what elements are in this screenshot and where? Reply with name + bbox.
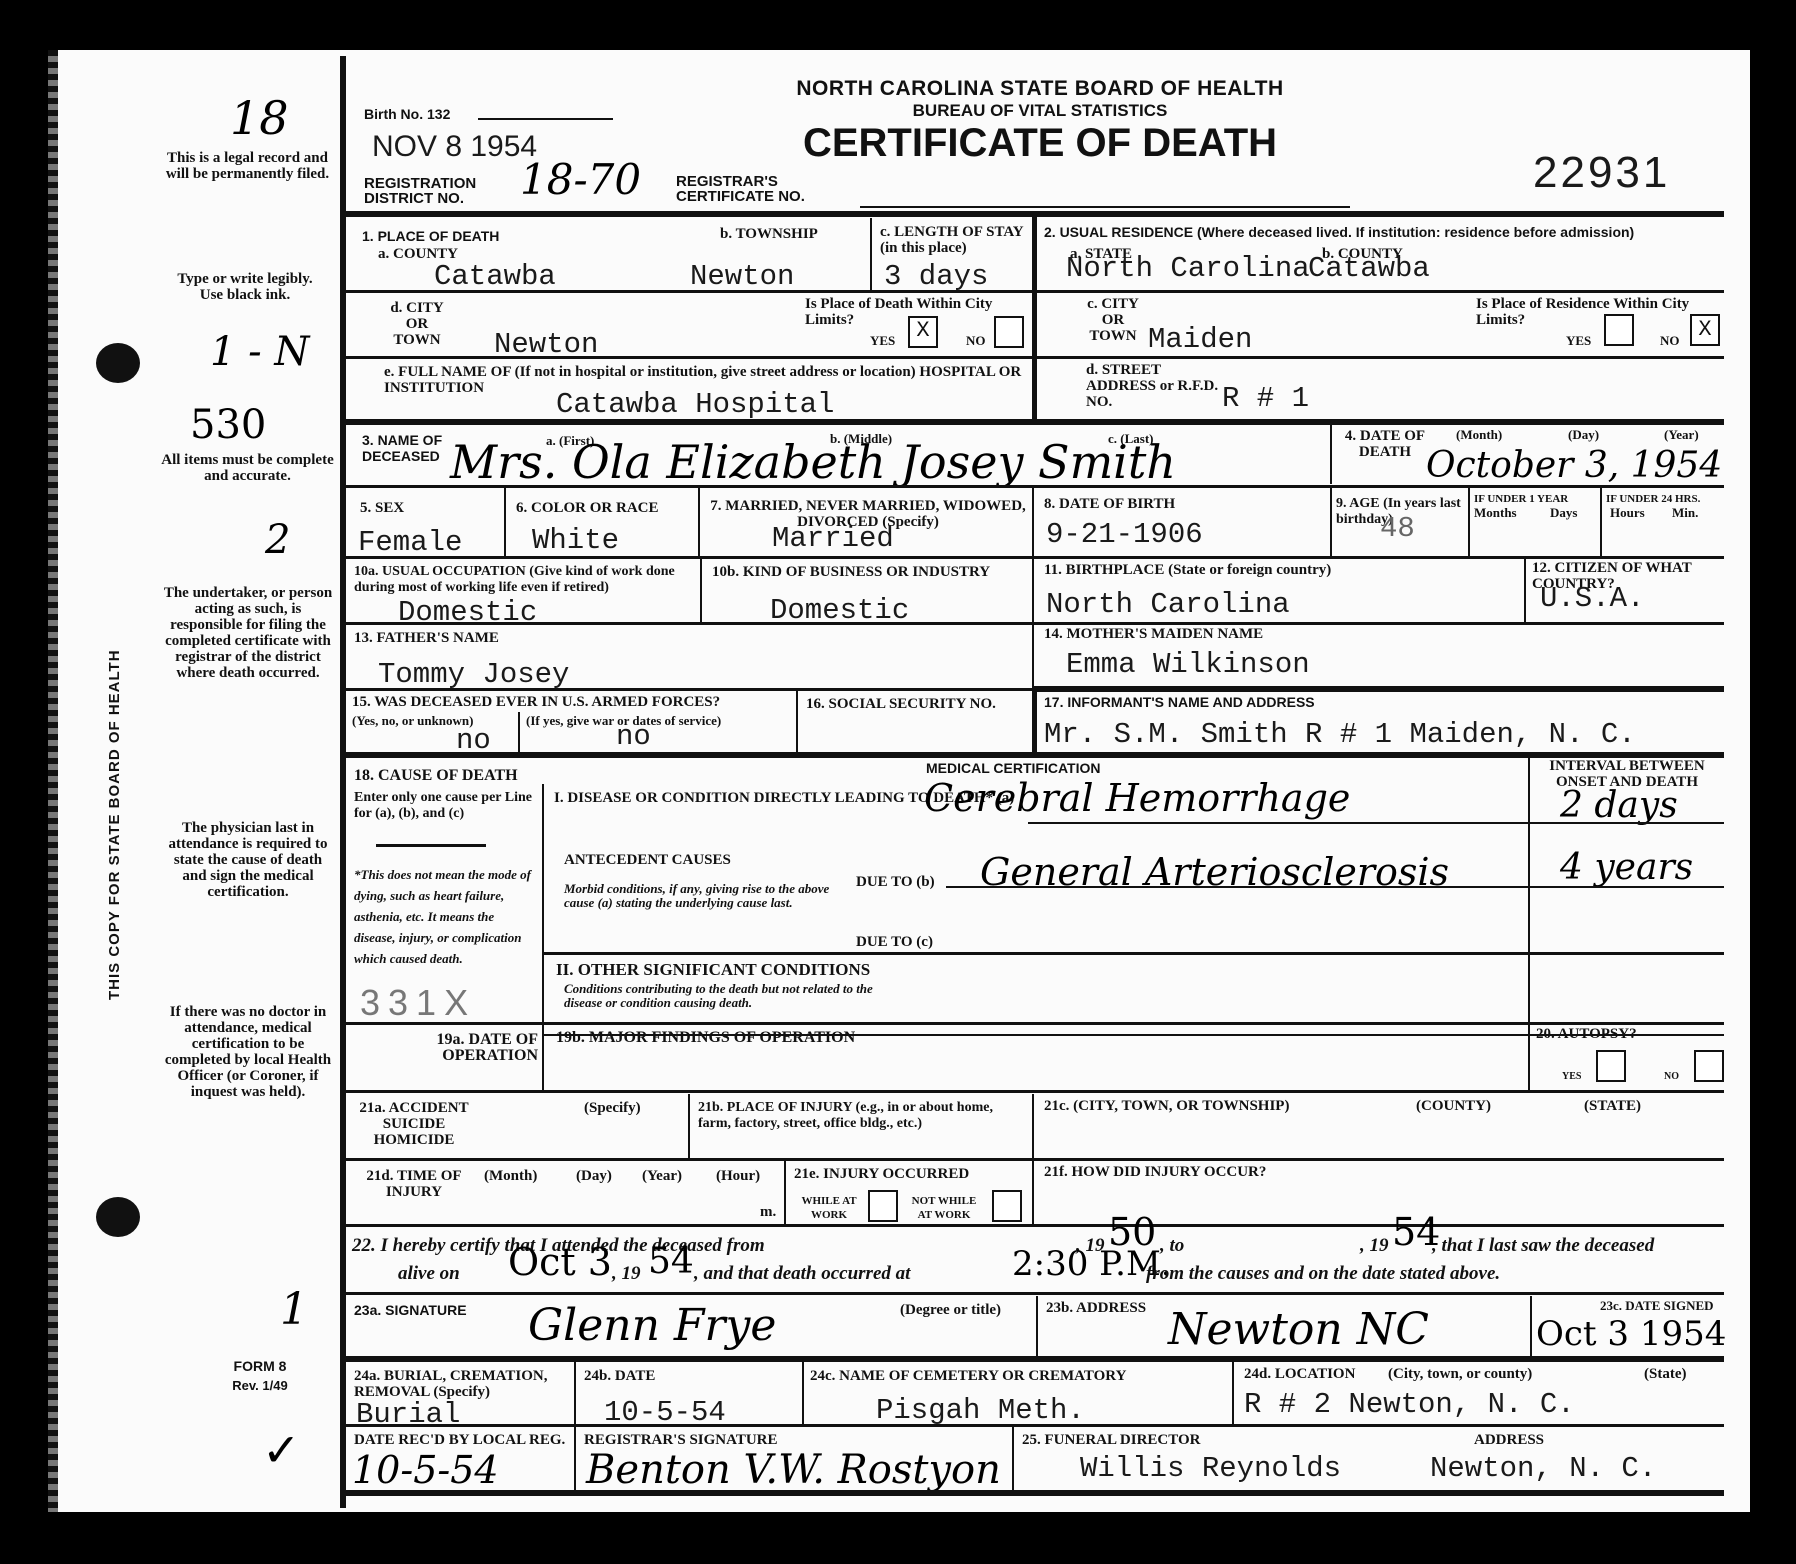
- no-doctor-note: If there was no doctor in attendance, me…: [162, 1004, 334, 1100]
- divider: [504, 488, 506, 558]
- divider: [346, 1424, 1724, 1427]
- yes-label: YES: [870, 334, 895, 348]
- divider: [1530, 1296, 1532, 1356]
- occupation-label: 10a. USUAL OCCUPATION (Give kind of work…: [354, 564, 700, 596]
- injury-type-label: 21a. ACCIDENT SUICIDE HOMICIDE: [354, 1100, 474, 1148]
- residence-within-city-label: Is Place of Residence Within City Limits…: [1476, 296, 1726, 328]
- registrar-signature-label: REGISTRAR'S SIGNATURE: [584, 1432, 778, 1448]
- divider: [1028, 822, 1724, 824]
- marital-status-value: Married: [772, 524, 894, 554]
- funeral-director-label: 25. FUNERAL DIRECTOR: [1022, 1432, 1201, 1448]
- armed-forces-label: 15. WAS DECEASED EVER IN U.S. ARMED FORC…: [352, 694, 720, 710]
- residence-street-value: R # 1: [1222, 384, 1309, 414]
- time-of-injury-label: 21d. TIME OF INJURY: [354, 1168, 474, 1200]
- form-revision: Rev. 1/49: [200, 1378, 320, 1394]
- divider: [346, 1090, 1724, 1093]
- cause-instructions: Enter only one cause per Line for (a), (…: [354, 790, 538, 822]
- punch-hole-icon: [96, 1197, 140, 1237]
- sex-label: 5. SEX: [360, 500, 404, 516]
- certify-text-4: from the causes and on the date stated a…: [1146, 1266, 1500, 1282]
- section-rule: [1034, 686, 1724, 692]
- injury-hour-label: (Hour): [716, 1168, 760, 1184]
- residence-county-value: Catawba: [1308, 254, 1430, 284]
- death-township-value: Newton: [690, 262, 794, 292]
- within-city-no-checkbox[interactable]: [994, 316, 1024, 348]
- mother-name-value: Emma Wilkinson: [1066, 650, 1310, 680]
- medical-certification-label: MEDICAL CERTIFICATION: [926, 760, 1100, 776]
- hours-label: Hours: [1610, 506, 1645, 520]
- place-of-injury-label: 21b. PLACE OF INJURY (e.g., in or about …: [698, 1100, 1028, 1132]
- under-24-hours-label: IF UNDER 24 HRS.: [1606, 492, 1700, 506]
- registration-district-number: 18-70: [520, 160, 641, 200]
- physician-signature: Glenn Frye: [528, 1306, 776, 1346]
- birth-number-line: [478, 118, 613, 120]
- race-value: White: [532, 526, 619, 556]
- registrar-signature: Benton V.W. Rostyon: [586, 1450, 1001, 1490]
- informant-value: Mr. S.M. Smith R # 1 Maiden, N. C.: [1044, 720, 1636, 750]
- section-rule: [346, 1356, 1724, 1362]
- divider: [346, 356, 1032, 359]
- death-county-value: Catawba: [434, 262, 556, 292]
- form-number: FORM 8: [200, 1358, 320, 1374]
- divider: [870, 218, 872, 290]
- divider: [542, 784, 544, 1034]
- date-of-birth-label: 8. DATE OF BIRTH: [1044, 496, 1175, 512]
- certify-text-2: , that I last saw the deceased: [1432, 1238, 1654, 1254]
- city-label: c. CITY OR TOWN: [1078, 296, 1148, 344]
- cemetery-value: Pisgah Meth.: [876, 1396, 1085, 1426]
- antecedent-instructions: Morbid conditions, if any, giving rise t…: [564, 882, 854, 910]
- city-label: d. CITY OR TOWN: [382, 300, 452, 348]
- length-of-stay-value: 3 days: [884, 262, 988, 292]
- divider: [346, 290, 1032, 293]
- deceased-name-value: Mrs. Ola Elizabeth Josey Smith: [450, 442, 1176, 482]
- to-year-prefix: , 19: [1360, 1238, 1389, 1254]
- months-label: Months: [1474, 506, 1517, 520]
- received-stamp-date: NOV 8 1954: [372, 132, 537, 162]
- divider: [346, 556, 1724, 559]
- date-received-label: DATE REC'D BY LOCAL REG.: [354, 1432, 565, 1448]
- margin-handwritten-530: 530: [190, 405, 266, 445]
- physician-address: Newton NC: [1168, 1310, 1429, 1350]
- not-while-at-work-checkbox[interactable]: [992, 1190, 1022, 1222]
- birth-number: Birth No. 132: [364, 106, 450, 122]
- location-label: 24d. LOCATION: [1244, 1366, 1355, 1382]
- injury-year-label: (Year): [642, 1168, 682, 1184]
- day-label: (Day): [1568, 428, 1599, 442]
- divider: [346, 622, 1724, 625]
- complete-accurate-note: All items must be complete and accurate.: [160, 452, 335, 484]
- cause-a-value: Cerebral Hemorrhage: [924, 778, 1350, 818]
- date-signed-label: 23c. DATE SIGNED: [1600, 1298, 1714, 1314]
- divider: [1600, 488, 1602, 558]
- margin-handwritten-2: 2: [265, 520, 290, 560]
- undertaker-note: The undertaker, or person acting as such…: [162, 585, 334, 681]
- divider: [1032, 690, 1037, 754]
- divider: [346, 1158, 1724, 1161]
- divider: [1034, 290, 1724, 293]
- specify-label: (Specify): [584, 1100, 641, 1116]
- burial-location-value: R # 2 Newton, N. C.: [1244, 1390, 1575, 1420]
- date-of-death-value: October 3, 1954: [1426, 446, 1722, 486]
- social-security-label: 16. SOCIAL SECURITY NO.: [806, 696, 996, 712]
- injury-city-label: 21c. (CITY, TOWN, OR TOWNSHIP): [1044, 1098, 1289, 1114]
- location-state-label: (State): [1644, 1366, 1686, 1382]
- address-label: 23b. ADDRESS: [1046, 1300, 1146, 1316]
- funeral-address-label: ADDRESS: [1474, 1432, 1544, 1448]
- meridiem-label: m.: [760, 1204, 776, 1220]
- last-seen-year: 54: [648, 1242, 694, 1282]
- registration-district-label: REGISTRATION DISTRICT NO.: [364, 176, 524, 206]
- check-mark-icon: ✓: [262, 1430, 301, 1470]
- divider: [698, 488, 700, 558]
- birthplace-label: 11. BIRTHPLACE (State or foreign country…: [1044, 562, 1331, 578]
- place-of-death-label: 1. PLACE OF DEATH: [362, 228, 499, 244]
- length-of-stay-label: c. LENGTH OF STAY (in this place): [880, 224, 1030, 256]
- birthplace-value: North Carolina: [1046, 590, 1290, 620]
- autopsy-label: 20. AUTOPSY?: [1536, 1026, 1637, 1042]
- residence-within-city-yes-checkbox[interactable]: [1604, 314, 1634, 346]
- date-signed-value: Oct 3 1954: [1536, 1314, 1726, 1354]
- bottom-rule: [346, 1490, 1724, 1496]
- divider: [542, 1024, 544, 1090]
- divider: [688, 1094, 690, 1158]
- residence-within-city-no-checkbox[interactable]: X: [1690, 314, 1720, 346]
- citizen-value: U.S.A.: [1540, 584, 1644, 614]
- due-to-b-label: DUE TO (b): [856, 874, 935, 890]
- cemetery-label: 24c. NAME OF CEMETERY OR CREMATORY: [810, 1368, 1126, 1384]
- divider: [518, 712, 520, 752]
- under-1-year-label: IF UNDER 1 YEAR: [1474, 492, 1568, 506]
- yes-label: YES: [1566, 334, 1591, 348]
- year-label: (Year): [1664, 428, 1699, 442]
- divider: [346, 485, 1724, 488]
- legal-record-note: This is a legal record and will be perma…: [160, 150, 335, 182]
- divider: [346, 688, 1032, 691]
- registrar-certificate-label: REGISTRAR'S CERTIFICATE NO.: [676, 174, 876, 204]
- type-legibly-note: Type or write legibly. Use black ink.: [170, 271, 320, 303]
- funeral-address-value: Newton, N. C.: [1430, 1454, 1656, 1484]
- vertical-copy-label: THIS COPY FOR STATE BOARD OF HEALTH: [106, 649, 123, 1000]
- injury-state-label: (STATE): [1584, 1098, 1641, 1114]
- margin-handwritten-1n: 1 - N: [210, 332, 309, 372]
- no-label: NO: [966, 334, 986, 348]
- section-rule: [346, 419, 1724, 425]
- minutes-label: Min.: [1672, 506, 1698, 520]
- divider: [700, 558, 702, 624]
- divider: [1032, 488, 1034, 558]
- divider: [946, 886, 1724, 888]
- within-city-yes-checkbox[interactable]: X: [908, 316, 938, 348]
- physician-note: The physician last in attendance is requ…: [162, 820, 334, 900]
- divider: [1036, 1296, 1038, 1356]
- divider: [784, 1160, 786, 1224]
- divider: [376, 844, 486, 847]
- injury-occurred-label: 21e. INJURY OCCURRED: [794, 1166, 969, 1182]
- no-label: NO: [1660, 334, 1680, 348]
- degree-title-label: (Degree or title): [900, 1302, 1001, 1318]
- burial-date-label: 24b. DATE: [584, 1368, 655, 1384]
- mother-name-label: 14. MOTHER'S MAIDEN NAME: [1044, 626, 1263, 642]
- divider: [796, 690, 798, 752]
- injury-county-label: (COUNTY): [1416, 1098, 1491, 1114]
- divider: [1232, 1360, 1234, 1424]
- board-name: NORTH CAROLINA STATE BOARD OF HEALTH: [700, 77, 1380, 101]
- usual-residence-label: 2. USUAL RESIDENCE (Where deceased lived…: [1044, 224, 1724, 240]
- residence-state-value: North Carolina: [1066, 254, 1310, 284]
- certify-text-3: , and that death occurred at: [694, 1266, 910, 1282]
- father-name-value: Tommy Josey: [378, 660, 569, 690]
- divider: [1468, 488, 1470, 558]
- cause-code: 331X: [360, 988, 476, 1018]
- margin-rule: [340, 56, 346, 1508]
- interval-a-value: 2 days: [1560, 786, 1678, 826]
- divider: [542, 952, 1724, 955]
- autopsy-yes-checkbox[interactable]: [1596, 1050, 1626, 1082]
- alive-year-prefix: , 19: [612, 1266, 641, 1282]
- business-label: 10b. KIND OF BUSINESS OR INDUSTRY: [712, 564, 1030, 580]
- divider: [1528, 1024, 1530, 1090]
- armed-forces-dates-value: no: [616, 722, 651, 752]
- operation-findings-label: 19b. MAJOR FINDINGS OF OPERATION: [556, 1030, 855, 1046]
- divider: [1330, 488, 1332, 558]
- date-of-death-label: 4. DATE OF DEATH: [1340, 428, 1430, 460]
- punch-hole-icon: [96, 343, 140, 383]
- sex-value: Female: [358, 528, 462, 558]
- mode-of-dying-note: *This does not mean the mode of dying, s…: [354, 864, 538, 969]
- margin-handwritten-1: 1: [280, 1290, 308, 1330]
- hospital-value: Catawba Hospital: [556, 390, 834, 420]
- how-injury-occurred-label: 21f. HOW DID INJURY OCCUR?: [1044, 1164, 1266, 1180]
- divider: [1034, 356, 1724, 359]
- while-at-work-checkbox[interactable]: [868, 1190, 898, 1222]
- divider: [802, 1360, 804, 1424]
- date-of-birth-value: 9-21-1906: [1046, 520, 1203, 550]
- other-conditions-label: II. OTHER SIGNIFICANT CONDITIONS: [556, 962, 870, 978]
- disposition-label: 24a. BURIAL, CREMATION, REMOVAL (Specify…: [354, 1368, 572, 1400]
- divider: [1524, 558, 1526, 624]
- divider: [346, 1022, 1724, 1025]
- days-label: Days: [1550, 506, 1577, 520]
- street-label: d. STREET ADDRESS or R.F.D. NO.: [1086, 362, 1226, 410]
- age-value: 48: [1380, 514, 1415, 544]
- last-seen-date: Oct 3: [508, 1242, 612, 1282]
- margin-handwritten-18: 18: [230, 98, 289, 138]
- injury-month-label: (Month): [484, 1168, 537, 1184]
- father-name-label: 13. FATHER'S NAME: [354, 630, 499, 646]
- while-at-work-label: WHILE AT WORK: [794, 1194, 864, 1222]
- divider: [1528, 756, 1530, 1034]
- injury-day-label: (Day): [576, 1168, 612, 1184]
- certificate-number: 22931: [1533, 158, 1670, 188]
- bureau-name: BUREAU OF VITAL STATISTICS: [700, 101, 1380, 121]
- divider: [346, 1224, 1724, 1227]
- divider: [346, 1292, 1724, 1295]
- section-rule: [346, 752, 1724, 758]
- date-received-value: 10-5-54: [352, 1450, 499, 1490]
- location-sub-label: (City, town, or county): [1388, 1366, 1532, 1382]
- cause-of-death-label: 18. CAUSE OF DEATH: [354, 768, 518, 784]
- operation-date-label: 19a. DATE OF OPERATION: [354, 1032, 538, 1064]
- interval-b-value: 4 years: [1560, 848, 1693, 888]
- race-label: 6. COLOR OR RACE: [516, 500, 659, 516]
- binding-edge: [48, 50, 58, 1512]
- not-at-work-label: NOT WHILE AT WORK: [906, 1194, 982, 1222]
- antecedent-causes-label: ANTECEDENT CAUSES: [564, 852, 731, 868]
- other-conditions-instructions: Conditions contributing to the death but…: [564, 982, 894, 1010]
- informant-label: 17. INFORMANT'S NAME AND ADDRESS: [1044, 694, 1315, 710]
- yes-label: YES: [1562, 1070, 1581, 1084]
- divider: [1012, 1426, 1014, 1492]
- autopsy-no-checkbox[interactable]: [1694, 1050, 1724, 1082]
- signature-label: 23a. SIGNATURE: [354, 1302, 467, 1318]
- township-label: b. TOWNSHIP: [720, 226, 818, 242]
- divider: [1032, 215, 1037, 421]
- month-label: (Month): [1456, 428, 1502, 442]
- divider: [1330, 422, 1332, 484]
- due-to-c-label: DUE TO (c): [856, 934, 933, 950]
- funeral-director-value: Willis Reynolds: [1080, 1454, 1341, 1484]
- alive-on-label: alive on: [398, 1266, 460, 1282]
- cert-number-line: [860, 206, 1350, 208]
- residence-city-value: Maiden: [1148, 325, 1252, 355]
- page-title: CERTIFICATE OF DEATH: [700, 121, 1380, 166]
- no-label: NO: [1664, 1070, 1679, 1084]
